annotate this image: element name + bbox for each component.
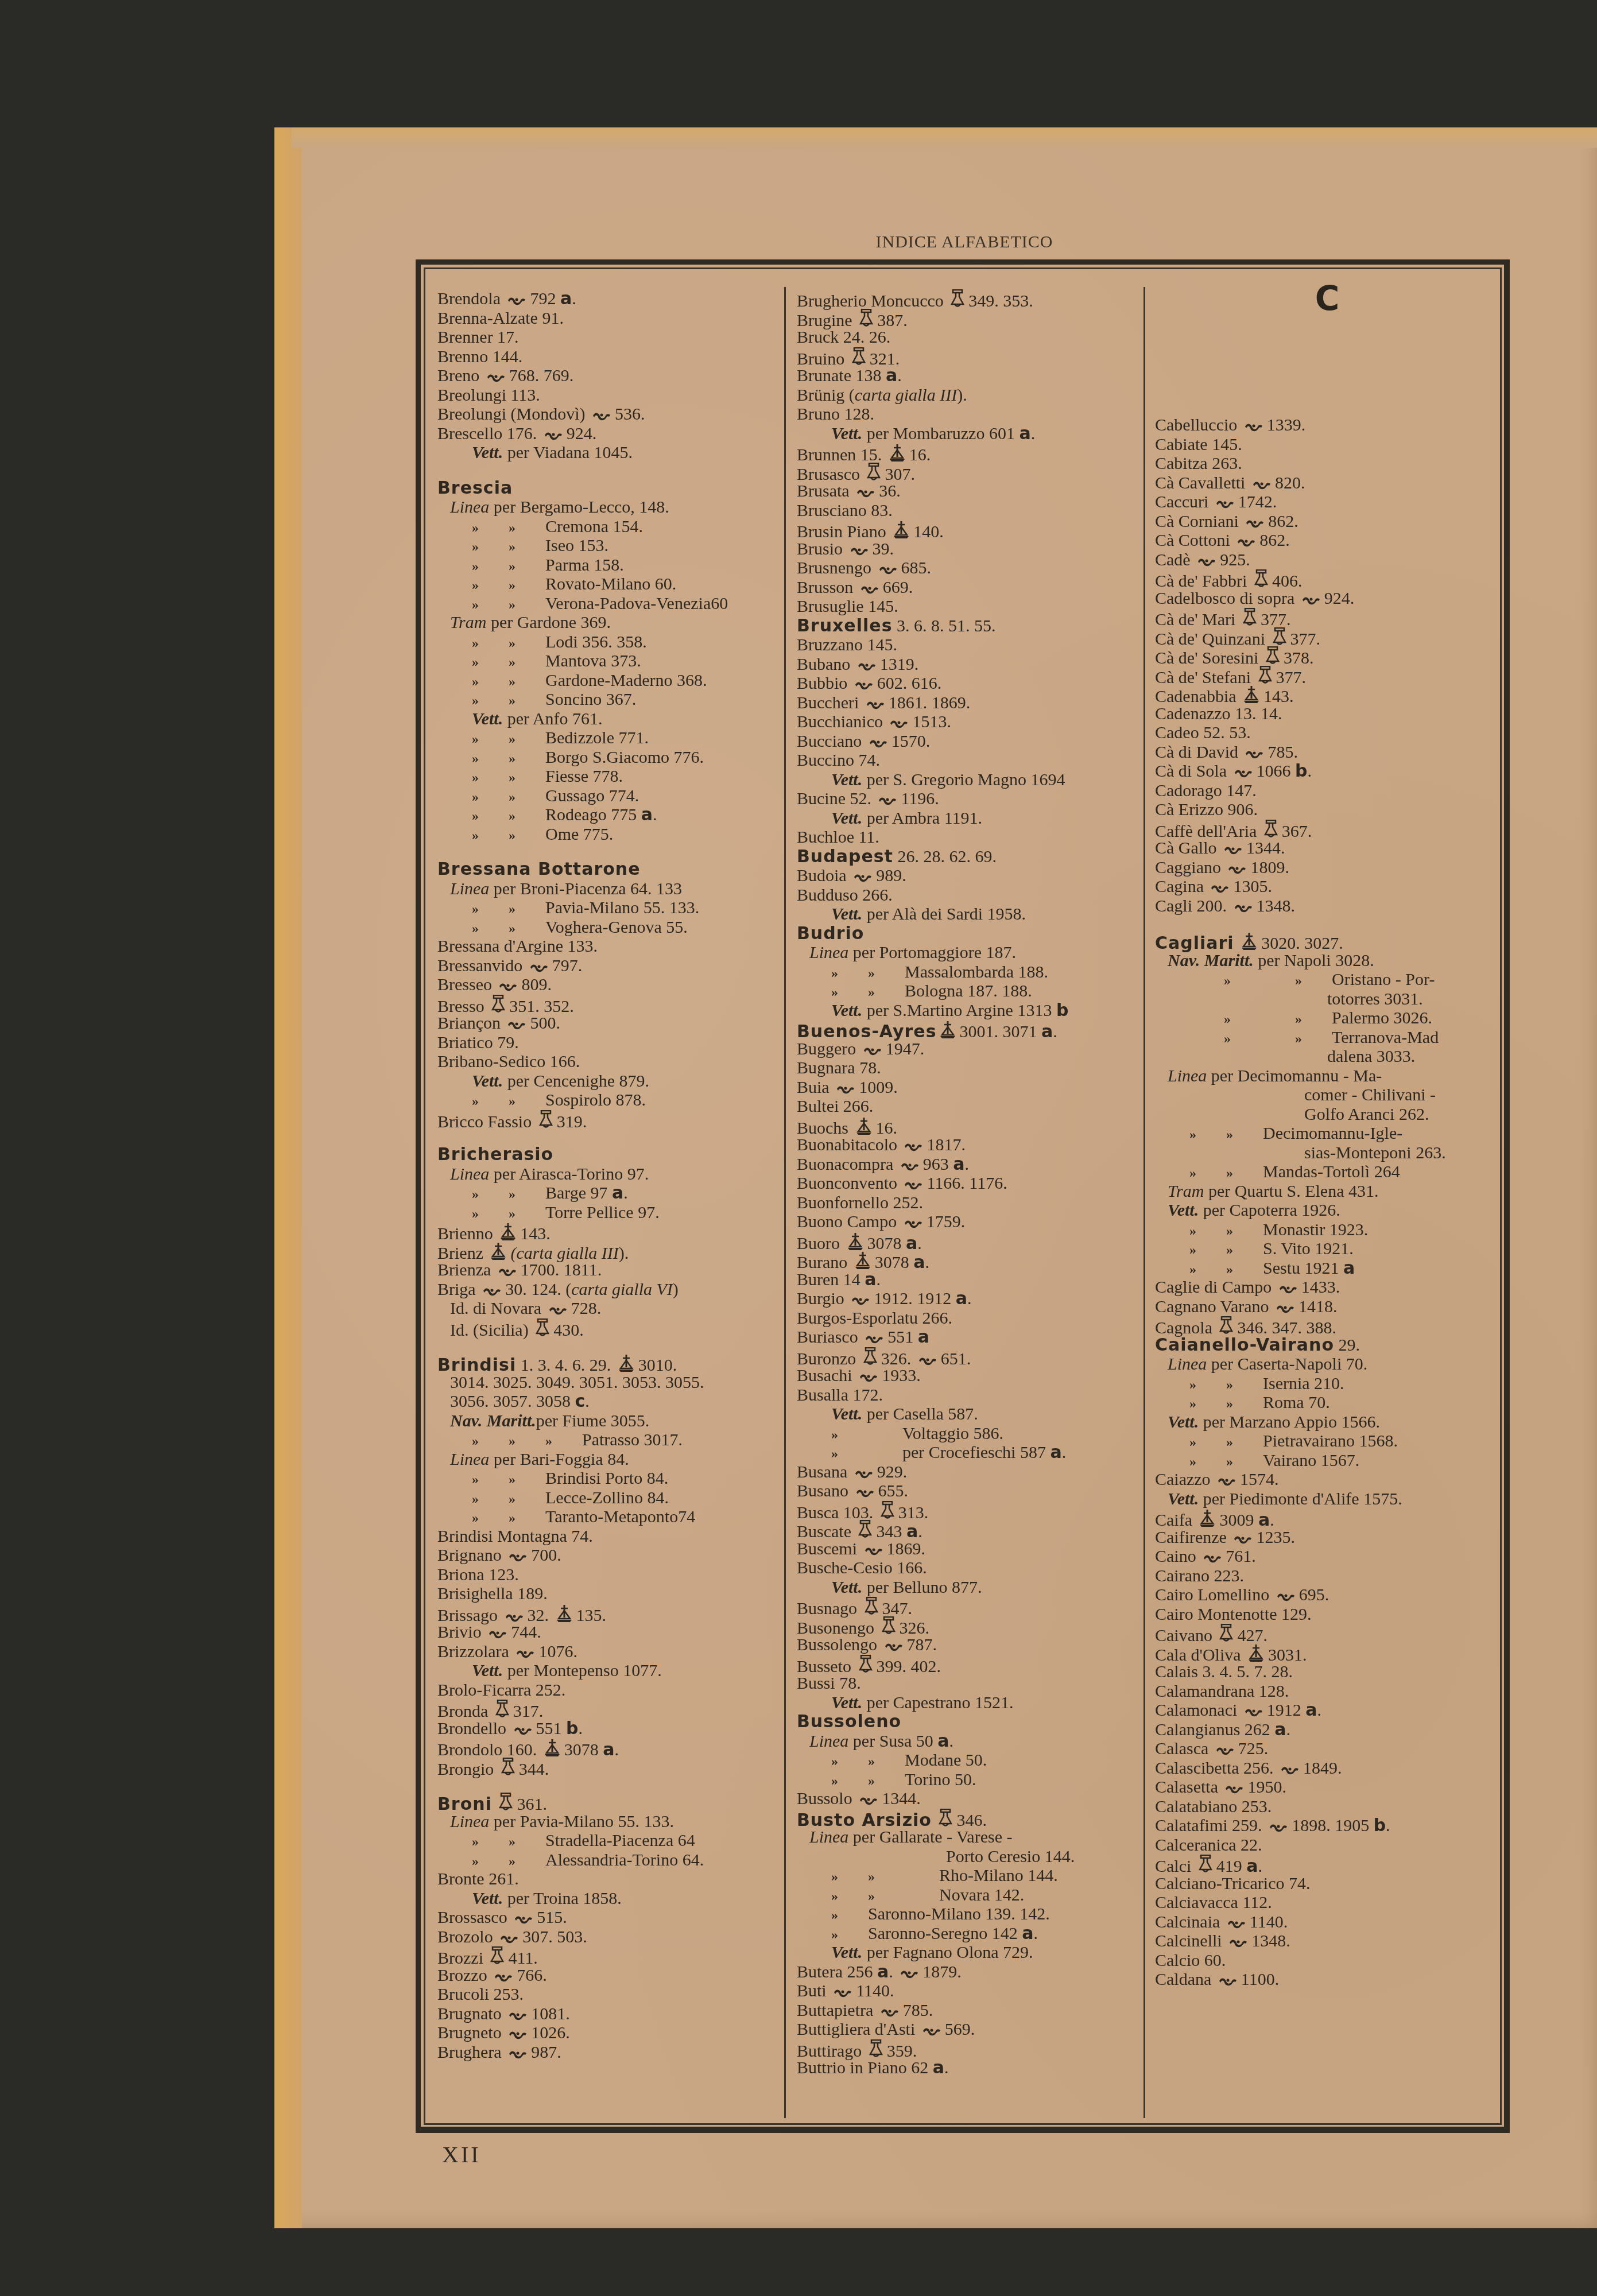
index-sub-entry: Vett. per Capestrano 1521.	[797, 1693, 1130, 1713]
entry-text: Caiazzo	[1155, 1470, 1215, 1489]
index-entry: Brughera 987.	[437, 2043, 770, 2062]
index-entry: Brenna-Alzate 91.	[437, 309, 770, 328]
entry-text: per Bari-Foggia 84.	[489, 1450, 629, 1469]
ditto-mark: »	[472, 557, 509, 577]
entry-text: Calciavacca 112.	[1155, 1893, 1272, 1912]
entry-text: .	[1270, 1511, 1274, 1530]
entry-text: 378.	[1284, 649, 1314, 668]
entry-text: 1026.	[531, 2023, 570, 2042]
ditto-mark: »	[831, 983, 868, 1003]
index-entry: Buccino 74.	[797, 751, 1130, 770]
entry-text: Id. (Sicilia)	[450, 1321, 533, 1340]
entry-text: per Mombaruzzo 601	[862, 424, 1019, 443]
index-entry: Breolungi 113.	[437, 386, 770, 405]
entry-text: Cabelluccio	[1155, 416, 1242, 435]
entry-text: 26. 28. 62. 69.	[893, 847, 997, 866]
index-entry: Cà Cottoni 862.	[1155, 531, 1499, 550]
entry-text: 1140.	[1250, 1913, 1288, 1932]
index-entry: Brienno 143.	[437, 1222, 770, 1242]
entry-text: Cà di David	[1155, 743, 1242, 762]
ditto-mark: »	[509, 692, 545, 711]
carriage-icon	[1278, 1280, 1298, 1300]
entry-text: Cairo Montenotte 129.	[1155, 1605, 1311, 1624]
entry-text: Burano	[797, 1253, 852, 1272]
entry-text: per Fagnano Olona 729.	[862, 1943, 1033, 1962]
index-entry: Buttapietra 785.	[797, 2001, 1130, 2020]
entry-text	[492, 1795, 497, 1814]
entry-text: 536.	[615, 405, 645, 424]
carriage-icon	[884, 1638, 904, 1657]
entry-text: Briatico 79.	[437, 1033, 519, 1052]
entry-text: Brendola	[437, 289, 505, 308]
entry-text: Breno	[437, 366, 484, 385]
index-sub-entry: Vett. per Belluno 877.	[797, 1578, 1130, 1597]
entry-italic-label: Tram	[450, 613, 486, 632]
entry-text: Calci	[1155, 1857, 1196, 1876]
entry-text: Brongio	[437, 1760, 498, 1779]
index-entry: Cala d'Oliva 3031.	[1155, 1643, 1499, 1663]
index-entry: Calci 419 a.	[1155, 1855, 1499, 1874]
ship-icon	[939, 1020, 956, 1044]
index-entry: Briatico 79.	[437, 1033, 770, 1053]
index-sub-entry: 3014. 3025. 3049. 3051. 3053. 3055.	[437, 1373, 770, 1393]
index-entry: Butera 256 a. 1879.	[797, 1963, 1130, 1982]
ditto-mark: »	[472, 576, 509, 596]
entry-text: 1319.	[880, 655, 919, 674]
carriage-icon	[507, 1016, 526, 1035]
carriage-icon	[900, 1965, 919, 1984]
index-sub-entry: Linea per Susa 50 a.	[797, 1732, 1130, 1751]
carriage-icon	[836, 1080, 855, 1100]
entry-text: Cairano 223.	[1155, 1566, 1244, 1585]
carriage-icon	[851, 1291, 870, 1311]
index-entry: Brusin Piano 140.	[797, 520, 1130, 540]
carriage-icon	[1227, 1915, 1246, 1934]
entry-text: 1166. 1176.	[927, 1174, 1007, 1193]
entry-text: 39.	[873, 540, 894, 559]
entry-text: S. Vito 1921.	[1263, 1239, 1354, 1258]
entry-text: 785.	[1267, 743, 1298, 762]
index-entry: Brignano 700.	[437, 1546, 770, 1565]
entry-italic-label: Linea	[450, 1812, 489, 1831]
entry-suffix-letter: a	[886, 366, 897, 386]
entry-text: 377.	[1290, 630, 1321, 649]
ditto-mark: »	[831, 1426, 868, 1445]
index-sub-entry: »»Vairano 1567.	[1155, 1451, 1499, 1471]
entry-vett-label: Vett.	[831, 1578, 862, 1597]
carriage-icon	[1301, 591, 1321, 611]
index-entry: Cagina 1305.	[1155, 877, 1499, 897]
index-heading-entry: Busto Arsizio 346.	[797, 1809, 1130, 1828]
index-entry: Bruck 24. 26.	[797, 328, 1130, 347]
entry-text: 929.	[877, 1463, 908, 1481]
entry-text: .	[949, 1732, 954, 1751]
ditto-mark: »	[1224, 972, 1261, 991]
index-entry: Buonfornello 252.	[797, 1193, 1130, 1213]
ditto-mark: »	[472, 1092, 509, 1112]
index-sub-entry: »»Alessandria-Torino 64.	[437, 1851, 770, 1870]
entry-text: 551	[536, 1719, 567, 1738]
index-entry: Brenner 17.	[437, 328, 770, 347]
index-entry: Calcinaia 1140.	[1155, 1913, 1499, 1932]
entry-text: Brissago	[437, 1606, 502, 1625]
entry-text: 728.	[571, 1299, 602, 1318]
entry-text: Gussago 774.	[545, 786, 639, 805]
entry-text: Cala d'Oliva	[1155, 1646, 1245, 1665]
entry-text: totorres 3031.	[1327, 990, 1423, 1009]
entry-text: Caglie di Campo	[1155, 1278, 1276, 1297]
entry-text: Busonengo	[797, 1619, 879, 1638]
entry-text: Calangianus 262	[1155, 1720, 1274, 1739]
ditto-mark: »	[472, 807, 509, 827]
ditto-mark: »	[1189, 1164, 1226, 1184]
entry-suffix-letter: a	[956, 1289, 967, 1309]
entry-text: Calais 3. 4. 5. 7. 28.	[1155, 1662, 1293, 1681]
section-letter-glyph: C	[1315, 279, 1340, 318]
entry-text: Stradella-Piacenza 64	[545, 1831, 695, 1850]
index-heading-entry: Bressana Bottarone	[437, 860, 770, 879]
index-sub-entry: »»Isernia 210.	[1155, 1374, 1499, 1394]
entry-vett-label: Vett.	[831, 905, 862, 924]
carriage-icon	[1234, 764, 1253, 784]
index-entry: Cà Gallo 1344.	[1155, 839, 1499, 858]
ditto-mark: »	[831, 1887, 868, 1907]
index-entry: Briga 30. 124. (carta gialla VI)	[437, 1280, 770, 1300]
entry-text: Brusata	[797, 482, 854, 501]
index-sub-entry: Vett. per Mombaruzzo 601 a.	[797, 424, 1130, 444]
entry-text: 669.	[883, 578, 913, 597]
entry-text: Gardone-Maderno 368.	[545, 671, 707, 690]
entry-text: Fiesse 778.	[545, 767, 623, 786]
entry-text: 1809.	[1250, 858, 1289, 877]
carriage-icon	[494, 1968, 513, 1988]
entry-text: Buscemi	[797, 1539, 862, 1558]
carriage-icon	[1252, 476, 1272, 495]
ditto-mark: »	[509, 1509, 545, 1529]
index-entry: Brünig (carta gialla III).	[797, 386, 1130, 405]
entry-text: Porto Ceresio 144.	[946, 1847, 1075, 1866]
entry-text: Brindisi Montagna 74.	[437, 1527, 593, 1546]
ditto-mark: »	[831, 1445, 868, 1464]
entry-text: Cà Gallo	[1155, 839, 1221, 858]
index-column-1: Brendola 792 a.Brenna-Alzate 91.Brenner …	[437, 289, 770, 2062]
entry-text: Brunnen 15.	[797, 445, 886, 464]
index-sub-entry: Linea per Portomaggiore 187.	[797, 943, 1130, 963]
entry-text: Bressana d'Argine 133.	[437, 937, 598, 956]
entry-text: Buoro	[797, 1234, 844, 1253]
entry-text: Brugine	[797, 311, 856, 330]
entry-text: Brozzi	[437, 1949, 487, 1968]
entry-text: 351. 352.	[509, 997, 574, 1016]
entry-text: 3010.	[638, 1356, 677, 1375]
entry-text: Buia	[797, 1078, 834, 1097]
tram-icon	[535, 1318, 550, 1343]
carriage-icon	[548, 1301, 568, 1321]
entry-vett-label: Vett.	[1168, 1490, 1199, 1508]
index-entry: Cà de' Fabbri 406.	[1155, 569, 1499, 589]
index-sub-entry: Id. (Sicilia) 430.	[437, 1318, 770, 1338]
entry-text: Cabiate 145.	[1155, 435, 1242, 454]
ditto-mark: »	[509, 827, 545, 846]
entry-suffix-letter: a	[877, 1962, 889, 1982]
column-rule-2	[1144, 287, 1145, 2118]
entry-text: Cà Cavalletti	[1155, 474, 1250, 492]
entry-suffix-letter: b	[1374, 1816, 1386, 1836]
ditto-mark: »	[472, 1205, 509, 1224]
entry-text: Iseo 153.	[545, 536, 608, 555]
entry-text: comer - Chilivani -	[1304, 1085, 1436, 1104]
index-entry: Cà de' Quinzani 377.	[1155, 627, 1499, 647]
index-entry: Buccheri 1861. 1869.	[797, 693, 1130, 713]
index-sub-entry: Golfo Aranci 262.	[1155, 1105, 1499, 1124]
carriage-icon	[880, 2003, 900, 2023]
carriage-icon	[1215, 1742, 1235, 1761]
entry-text: Lecce-Zollino 84.	[545, 1488, 669, 1507]
entry-text: Cà de' Mari	[1155, 610, 1240, 629]
entry-vett-label: Vett.	[1168, 1201, 1199, 1220]
entry-text: Barge 97	[545, 1184, 612, 1203]
entry-text: Breolungi (Mondovì)	[437, 405, 590, 424]
index-entry: Brissago 32. 135.	[437, 1604, 770, 1623]
entry-text: Brugnato	[437, 2004, 506, 2023]
ditto-mark: »	[472, 750, 509, 769]
ditto-mark: »	[831, 1906, 868, 1926]
ditto-mark: »	[509, 1490, 545, 1510]
entry-italic-label: carta gialla VI	[571, 1280, 673, 1299]
index-entry: Cà de' Stefani 377.	[1155, 666, 1499, 685]
entry-text: Buggero	[797, 1040, 860, 1058]
ditto-mark: »	[1295, 1030, 1332, 1049]
entry-text: Cadorago 147.	[1155, 781, 1257, 800]
index-sub-entry: Linea per Caserta-Napoli 70.	[1155, 1355, 1499, 1374]
index-sub-entry: »»Fiesse 778.	[437, 767, 770, 786]
carriage-icon	[900, 1157, 920, 1177]
entry-text: 797.	[552, 956, 583, 975]
entry-text: 989.	[876, 866, 906, 885]
index-sub-entry: Tram per Quartu S. Elena 431.	[1155, 1182, 1499, 1201]
carriage-icon	[488, 1625, 507, 1645]
ditto-mark: »	[509, 576, 545, 596]
ditto-mark: »	[472, 900, 509, 920]
index-sub-entry: Porto Ceresio 144.	[797, 1847, 1130, 1867]
entry-text: Briga	[437, 1280, 480, 1299]
ditto-mark: »	[1189, 1126, 1226, 1145]
ditto-mark: »	[509, 730, 545, 750]
index-entry: Bussolo 1344.	[797, 1789, 1130, 1809]
entry-text: Calamonaci	[1155, 1701, 1242, 1720]
ditto-mark: »	[472, 1471, 509, 1490]
entry-text: .	[1286, 1720, 1291, 1739]
entry-suffix-letter: b	[1056, 1000, 1068, 1021]
entry-text: Palermo 3026.	[1332, 1009, 1432, 1027]
index-entry: Caccuri 1742.	[1155, 492, 1499, 512]
index-sub-entry: »»Pietravairano 1568.	[1155, 1432, 1499, 1451]
entry-text: 1235.	[1256, 1528, 1295, 1547]
entry-suffix-letter: a	[953, 1154, 964, 1174]
entry-text: Parma 158.	[545, 556, 624, 575]
carriage-icon	[904, 1138, 923, 1157]
ditto-mark: »	[868, 1772, 905, 1791]
ditto-mark: »	[509, 788, 545, 808]
entry-text: 1196.	[901, 789, 939, 808]
index-sub-entry: »»Rodeago 775 a.	[437, 805, 770, 825]
index-entry: Cairo Montenotte 129.	[1155, 1605, 1499, 1624]
index-entry: Bresseo 809.	[437, 975, 770, 995]
ditto-mark: »	[1226, 1395, 1263, 1414]
entry-text: per Caserta-Napoli 70.	[1207, 1355, 1367, 1374]
ship-icon	[893, 520, 910, 544]
index-heading-entry: Brindisi 1. 3. 4. 6. 29. 3010.	[437, 1353, 770, 1373]
index-sub-entry: Vett. per Anfo 761.	[437, 709, 770, 729]
entry-text: Mandas-Tortolì 264	[1263, 1162, 1400, 1181]
entry-text: 1066	[1257, 762, 1296, 781]
entry-text: Bultei 266.	[797, 1097, 873, 1116]
index-entry: Bruzzano 145.	[797, 635, 1130, 655]
entry-text: per Airasca-Torino 97.	[489, 1165, 649, 1184]
index-sub-entry: »»Sestu 1921 a	[1155, 1259, 1499, 1278]
entry-text: Bedizzole 771.	[545, 728, 649, 747]
entry-text: Soncino 367.	[545, 690, 636, 709]
index-sub-entry: »»Massalombarda 188.	[797, 963, 1130, 982]
carriage-icon	[529, 959, 549, 978]
entry-text: Caifa	[1155, 1511, 1196, 1530]
entry-text: Brenner 17.	[437, 328, 519, 347]
carriage-icon	[865, 1330, 884, 1349]
entry-text: 1081.	[531, 2004, 570, 2023]
entry-text: 307.	[885, 465, 915, 484]
entry-text: 700.	[531, 1546, 561, 1565]
entry-text: .	[615, 1740, 619, 1759]
ditto-mark: »	[868, 964, 905, 984]
carriage-icon	[486, 369, 506, 388]
entry-text: per Montepenso 1077.	[503, 1661, 662, 1680]
index-sub-entry: »»Voghera-Genova 55.	[437, 918, 770, 937]
index-heading-entry: Buenos-Ayres3001. 3071 a.	[797, 1020, 1130, 1040]
entry-suffix-letter: a	[1305, 1700, 1317, 1720]
entry-italic-label: Linea	[809, 943, 848, 962]
entry-text: 1879.	[922, 1963, 962, 1981]
entry-text: Buonconvento	[797, 1174, 901, 1193]
entry-text: Cà de' Quinzani	[1155, 630, 1270, 649]
entry-text: Busseto	[797, 1657, 856, 1676]
index-entry: Brusuglie 145.	[797, 597, 1130, 616]
entry-text: Brucoli 253.	[437, 1985, 524, 2004]
entry-text: 862.	[1259, 531, 1290, 550]
entry-text: 1912. 1912	[874, 1289, 956, 1308]
entry-text: Brescello 176.	[437, 424, 541, 443]
entry-vett-label: Vett.	[472, 1661, 503, 1680]
index-entry: Brusson 669.	[797, 578, 1130, 598]
entry-suffix-letter: a	[641, 805, 653, 825]
entry-spacer	[437, 463, 770, 479]
entry-text: .	[578, 1719, 583, 1738]
carriage-icon	[866, 696, 885, 715]
entry-text: Busano	[797, 1481, 853, 1500]
index-sub-entry: Linea per Broni-Piacenza 64. 133	[437, 879, 770, 899]
entry-text: 377.	[1276, 668, 1307, 687]
column-rule-1	[784, 287, 786, 2118]
entry-text: 685.	[901, 559, 932, 577]
index-entry: Buchloe 11.	[797, 828, 1130, 847]
entry-text: 3056. 3057. 3058	[450, 1392, 575, 1411]
entry-vett-label: Vett.	[831, 424, 862, 443]
entry-text: Cà Erizzo 906.	[1155, 800, 1258, 819]
entry-text: Buccheri	[797, 693, 863, 712]
entry-text: Caccuri	[1155, 492, 1213, 511]
entry-text: 406.	[1272, 572, 1303, 591]
entry-text: Rho-Milano 144.	[939, 1866, 1058, 1885]
index-entry: Cadelbosco di sopra 924.	[1155, 589, 1499, 608]
entry-text: Cà Cottoni	[1155, 531, 1234, 550]
entry-text	[1234, 934, 1239, 953]
index-entry: Buggero 1947.	[797, 1040, 1130, 1059]
entry-text: per Marzano Appio 1566.	[1199, 1413, 1380, 1432]
ditto-mark: »	[1189, 1433, 1226, 1453]
index-sub-entry: »»Rho-Milano 144.	[797, 1866, 1130, 1886]
entry-text: Brolo-Ficarra 252.	[437, 1681, 565, 1700]
entry-text: Calasca	[1155, 1739, 1213, 1758]
entry-text: Bresseo	[437, 975, 496, 994]
index-entry: Cà Erizzo 906.	[1155, 800, 1499, 820]
entry-text: Busche-Cesio 166.	[797, 1558, 927, 1577]
entry-text: Buonabitacolo	[797, 1135, 901, 1154]
entry-text: Lodi 356. 358.	[545, 633, 647, 651]
index-entry: Cà Cavalletti 820.	[1155, 474, 1499, 493]
index-sub-entry: »»Gardone-Maderno 368.	[437, 671, 770, 691]
entry-text: Brusin Piano	[797, 522, 890, 541]
carriage-icon	[1276, 1588, 1296, 1607]
index-entry: Calcinelli 1348.	[1155, 1932, 1499, 1951]
carriage-icon	[859, 1368, 878, 1388]
entry-text: .	[1307, 762, 1312, 781]
index-entry: Busseto 399. 402.	[797, 1655, 1130, 1674]
ditto-mark: »	[509, 1852, 545, 1872]
ditto-mark: »	[472, 1432, 509, 1452]
entry-text: Roma 70.	[1263, 1393, 1330, 1412]
entry-text: 430.	[553, 1321, 584, 1340]
entry-suffix-letter: a	[1041, 1022, 1053, 1042]
index-sub-entry: Vett. per Alà dei Sardi 1958.	[797, 905, 1130, 924]
entry-headword: Budapest	[797, 847, 893, 867]
entry-text: 1140.	[856, 1981, 894, 2000]
index-entry: Caglie di Campo 1433.	[1155, 1278, 1499, 1297]
entry-text: Novara 142.	[939, 1886, 1024, 1905]
entry-text: 785.	[903, 2001, 933, 2020]
entry-text: Caggiano	[1155, 858, 1225, 877]
entry-text: .	[967, 1289, 972, 1308]
entry-text: Brusio	[797, 540, 847, 559]
entry-text: Budoia	[797, 866, 851, 885]
entry-text: Pavia-Milano 55. 133.	[545, 898, 699, 917]
entry-text: 3001. 3071	[960, 1022, 1042, 1041]
index-sub-entry: »»Bologna 187. 188.	[797, 982, 1130, 1001]
index-entry: Brugneto 1026.	[437, 2023, 770, 2043]
entry-suffix-letter: a	[560, 289, 572, 309]
entry-text: 1344.	[1246, 839, 1285, 858]
index-heading-entry: Budrio	[797, 924, 1130, 944]
entry-headword: Bruxelles	[797, 616, 893, 636]
index-sub-entry: »»Palermo 3026.	[1155, 1009, 1499, 1028]
tram-icon	[538, 1110, 553, 1134]
entry-text: Budduso 266.	[797, 886, 893, 905]
index-entry: Busca 103. 313.	[797, 1501, 1130, 1521]
entry-text: 1742.	[1238, 492, 1277, 511]
ditto-mark: »	[509, 519, 545, 538]
index-sub-entry: Vett. per Ambra 1191.	[797, 809, 1130, 828]
carriage-icon	[1234, 899, 1253, 918]
ditto-mark: »	[472, 1490, 509, 1510]
ditto-mark: »	[472, 653, 509, 673]
